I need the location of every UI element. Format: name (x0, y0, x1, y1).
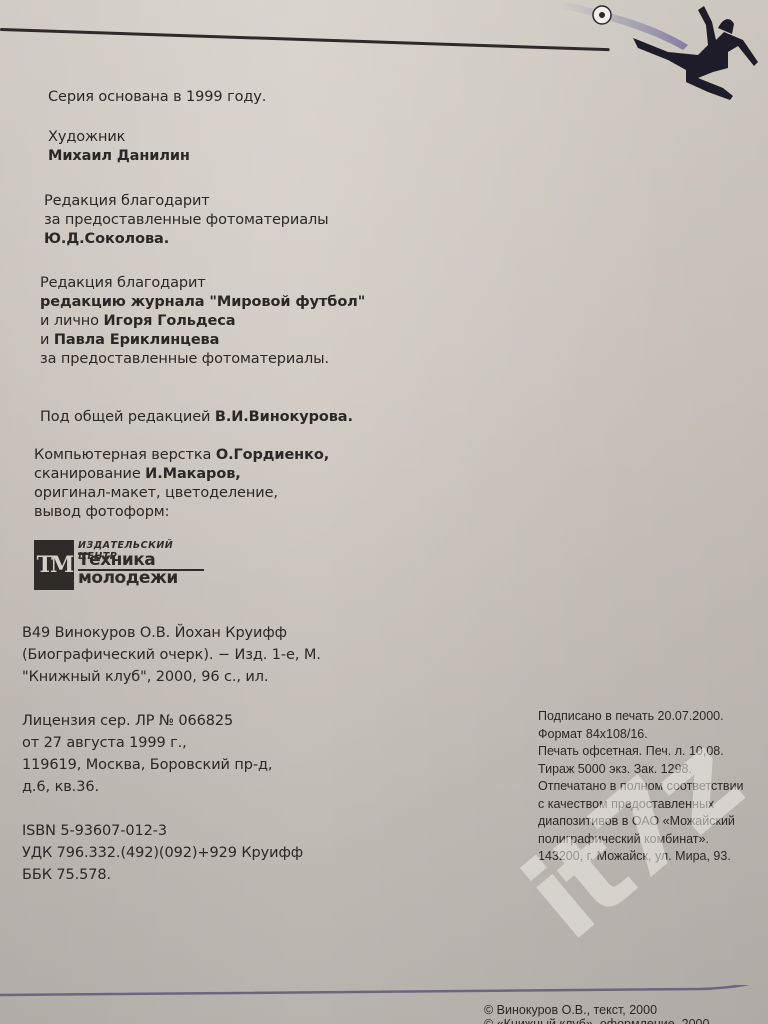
bibliography-line: (Биографический очерк). − Изд. 1-е, М. (22, 644, 321, 666)
bbk: ББК 75.578. (22, 864, 303, 886)
layout-prefix: Компьютерная верстка (34, 447, 216, 463)
print-info-line: 143200, г. Можайск, ул. Мира, 93. (538, 848, 744, 866)
udk: УДК 796.332.(492)(092)+929 Круифф (22, 842, 303, 864)
copyright-line: © «Книжный клуб», оформление, 2000 (484, 1017, 709, 1024)
publisher-logo: ТМ ИЗДАТЕЛЬСКИЙ ЦЕНТР Техника молодежи (34, 540, 204, 590)
credits-line: вывод фотоформ: (34, 503, 329, 522)
thanks-prefix: и лично (40, 313, 103, 329)
print-info-line: Отпечатано в полном соответствии (538, 778, 744, 796)
artist-credit: Художник Михаил Данилин (48, 128, 190, 166)
print-info-line: с качеством предоставленных (538, 796, 744, 814)
license-line: д.6, кв.36. (22, 776, 272, 798)
artist-label: Художник (48, 128, 190, 147)
thanks-name: Ю.Д.Соколова. (44, 230, 329, 249)
license-line: Лицензия сер. ЛР № 066825 (22, 710, 272, 732)
print-info-line: диапозитивов в ОАО «Можайский (538, 813, 744, 831)
logo-name-line2: молодежи (78, 569, 178, 587)
thanks-line: Редакция благодарит (40, 274, 365, 293)
thanks-line: за предоставленные фотоматериалы (44, 211, 329, 230)
tm-logo-icon: ТМ (34, 540, 74, 590)
license-block: Лицензия сер. ЛР № 066825 от 27 августа … (22, 710, 272, 798)
production-credits: Компьютерная верстка О.Гордиенко, сканир… (34, 446, 329, 522)
layout-name: О.Гордиенко, (216, 447, 329, 463)
license-line: от 27 августа 1999 г., (22, 732, 272, 754)
footballer-kicking-ball-icon (558, 0, 768, 110)
thanks-person-line: и Павла Ериклинцева (40, 331, 365, 350)
logo-name-line1: Техника (78, 551, 178, 569)
credits-line: оригинал-макет, цветоделение, (34, 484, 329, 503)
general-editor-line: Под общей редакцией В.И.Винокурова. (40, 408, 353, 427)
scan-prefix: сканирование (34, 466, 145, 482)
thanks-prefix: и (40, 332, 54, 348)
print-info-line: Формат 84х108/16. (538, 726, 744, 744)
isbn: ISBN 5-93607-012-3 (22, 820, 303, 842)
bibliography-line: В49 Винокуров О.В. Йохан Круифф (22, 622, 321, 644)
bibliography-block: В49 Винокуров О.В. Йохан Круифф (Биограф… (22, 622, 321, 688)
copyright-line: © Винокуров О.В., текст, 2000 (484, 1003, 709, 1017)
thanks-magazine-block: Редакция благодарит редакцию журнала "Ми… (40, 274, 365, 369)
thanks-person-name: Игоря Гольдеса (103, 313, 235, 329)
thanks-photos-block: Редакция благодарит за предоставленные ф… (44, 192, 329, 249)
print-info-line: полиграфический комбинат». (538, 831, 744, 849)
print-info-line: Печать офсетная. Печ. л. 10,08. (538, 743, 744, 761)
thanks-person-line: и лично Игоря Гольдеса (40, 312, 365, 331)
magazine-name: редакцию журнала "Мировой футбол" (40, 293, 365, 312)
series-founded-text: Серия основана в 1999 году. (48, 88, 266, 107)
print-info-line: Подписано в печать 20.07.2000. (538, 708, 744, 726)
top-rule (0, 28, 610, 51)
print-info-line: Тираж 5000 экз. Зак. 1298. (538, 761, 744, 779)
print-info-block: Подписано в печать 20.07.2000.Формат 84х… (538, 708, 744, 866)
thanks-person-name: Павла Ериклинцева (54, 332, 219, 348)
license-line: 119619, Москва, Боровский пр-д, (22, 754, 272, 776)
artist-name: Михаил Данилин (48, 147, 190, 166)
thanks-line: за предоставленные фотоматериалы. (40, 350, 365, 369)
copyright-block: © Винокуров О.В., текст, 2000 © «Книжный… (484, 1003, 709, 1024)
editor-name: В.И.Винокурова. (215, 409, 353, 425)
scan-name: И.Макаров, (145, 466, 241, 482)
bibliography-line: "Книжный клуб", 2000, 96 с., ил. (22, 666, 321, 688)
scan-credit: сканирование И.Макаров, (34, 465, 329, 484)
layout-credit: Компьютерная верстка О.Гордиенко, (34, 446, 329, 465)
logo-underline (78, 569, 204, 571)
codes-block: ISBN 5-93607-012-3 УДК 796.332.(492)(092… (22, 820, 303, 886)
editor-prefix: Под общей редакцией (40, 409, 215, 425)
thanks-line: Редакция благодарит (44, 192, 329, 211)
